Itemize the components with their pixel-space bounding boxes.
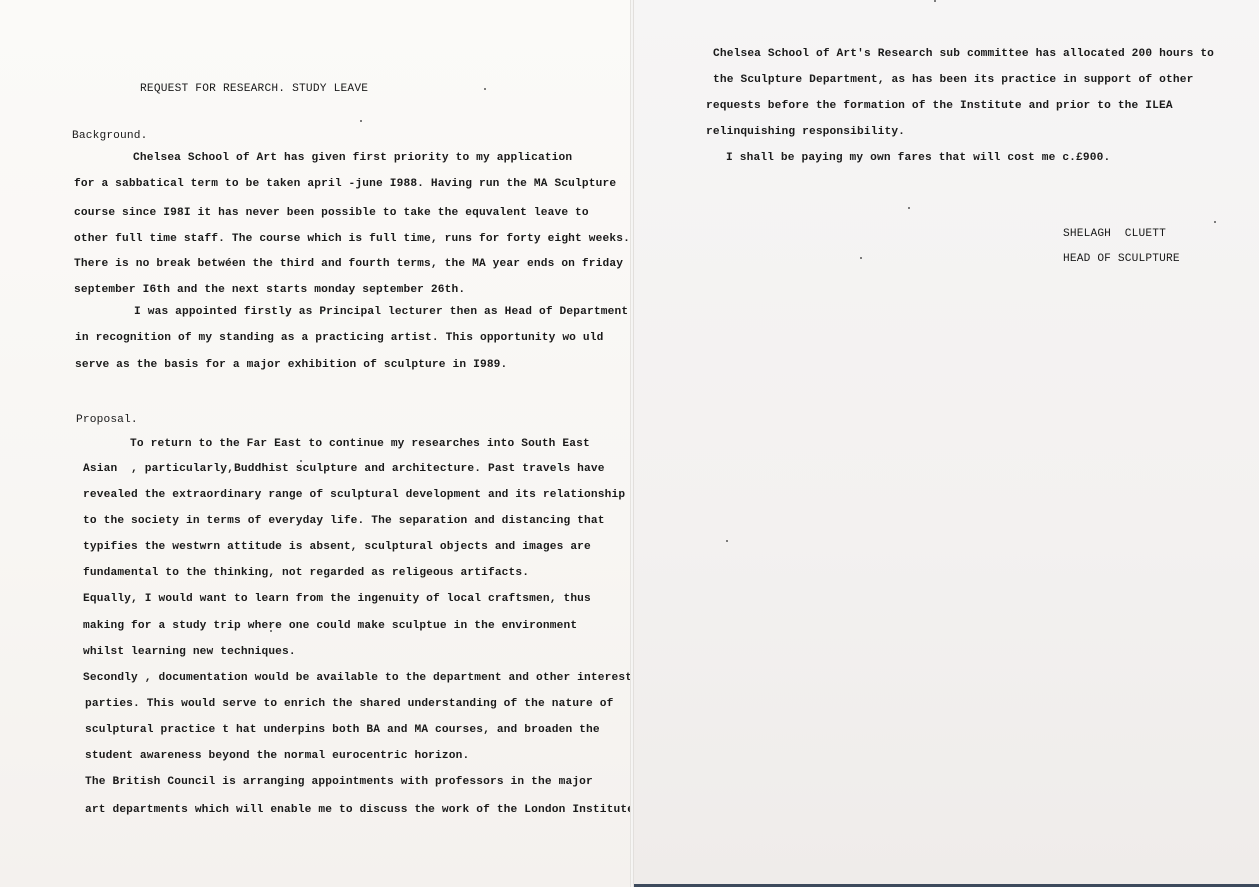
paper-speck (1214, 221, 1216, 223)
text-line: to the society in terms of everyday life… (83, 514, 605, 528)
text-line: Equally, I would want to learn from the … (83, 592, 591, 606)
text-line: revealed the extraordinary range of scul… (83, 488, 625, 502)
text-line: sculptural practice t hat underpins both… (85, 723, 600, 737)
section-heading-proposal: Proposal. (76, 413, 138, 427)
paper-speck (908, 207, 910, 209)
text-line: I was appointed firstly as Principal lec… (134, 305, 628, 319)
text-line: relinquishing responsibility. (706, 125, 905, 139)
text-line: art departments which will enable me to … (85, 803, 632, 817)
text-line: Asian , particularly,Buddhist sculpture … (83, 462, 605, 476)
text-line: the Sculpture Department, as has been it… (713, 73, 1193, 87)
text-line: course since I98I it has never been poss… (74, 206, 589, 220)
text-line: typifies the westwrn attitude is absent,… (83, 540, 591, 554)
text-line: for a sabbatical term to be taken april … (74, 177, 616, 191)
paper-speck (484, 88, 486, 90)
document-page-2: Chelsea School of Art's Research sub com… (634, 0, 1259, 887)
text-line: There is no break betwéen the third and… (74, 257, 623, 271)
section-heading-background: Background. (72, 129, 148, 143)
signature-name: SHELAGH CLUETT (1063, 227, 1166, 241)
text-line: Chelsea School of Art has given first pr… (133, 151, 572, 165)
text-line: other full time staff. The course which … (74, 232, 630, 246)
text-line: september I6th and the next starts monda… (74, 283, 465, 297)
text-line: Chelsea School of Art's Research sub com… (713, 47, 1214, 61)
text-line: whilst learning new techniques. (83, 645, 296, 659)
document-title: REQUEST FOR RESEARCH. STUDY LEAVE (140, 82, 368, 96)
text-line: serve as the basis for a major exhibitio… (75, 358, 507, 372)
signature-role: HEAD OF SCULPTURE (1063, 252, 1180, 266)
text-line: fundamental to the thinking, not regarde… (83, 566, 529, 580)
text-line: To return to the Far East to continue my… (130, 437, 590, 451)
text-line: Secondly , documentation would be availa… (83, 671, 632, 685)
document-page-1: REQUEST FOR RESEARCH. STUDY LEAVE Backgr… (0, 0, 632, 887)
paper-speck (934, 0, 936, 2)
text-line: making for a study trip where one could … (83, 619, 577, 633)
text-line: parties. This would serve to enrich the … (85, 697, 614, 711)
text-line: in recognition of my standing as a pract… (75, 331, 604, 345)
text-line: I shall be paying my own fares that will… (726, 151, 1110, 165)
text-line: requests before the formation of the Ins… (706, 99, 1173, 113)
paper-speck (726, 540, 728, 542)
paper-speck (860, 257, 862, 259)
text-line: student awareness beyond the normal euro… (85, 749, 469, 763)
text-line: The British Council is arranging appoint… (85, 775, 593, 789)
paper-speck (360, 120, 362, 122)
paper-speck (270, 630, 272, 632)
paper-speck (300, 460, 302, 462)
